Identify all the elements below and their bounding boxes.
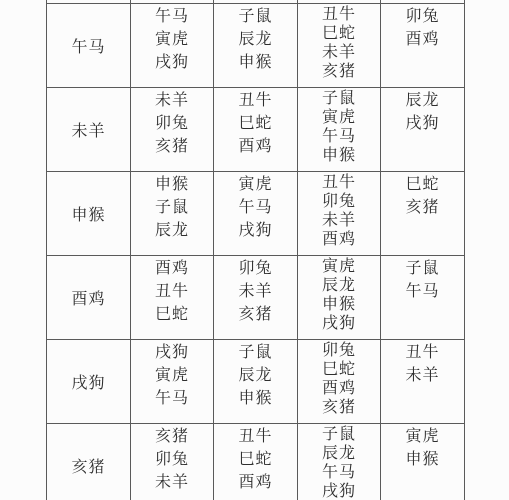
compat-cell: 未羊 卯兔 亥猪 xyxy=(131,88,214,172)
zodiac-pair: 未羊 xyxy=(381,363,464,386)
row-header-label: 未羊 xyxy=(71,121,105,140)
zodiac-pair: 卯兔 xyxy=(298,191,380,210)
compat-cell: 戌狗 寅虎 午马 xyxy=(131,340,214,424)
zodiac-pair: 卯兔 xyxy=(381,4,464,27)
row-header-label: 亥猪 xyxy=(71,457,105,476)
zodiac-pair: 申猴 xyxy=(214,386,297,409)
compat-cell: 丑牛 未羊 xyxy=(381,340,465,424)
zodiac-pair: 卯兔 xyxy=(214,256,297,279)
table-row-shenhou: 申猴 申猴 子鼠 辰龙 寅虎 午马 戌狗 丑牛 卯兔 未羊 酉鸡 巳蛇 亥猪 xyxy=(47,172,465,256)
zodiac-compatibility-table: 午马 午马 寅虎 戌狗 子鼠 辰龙 申猴 丑牛 巳蛇 未羊 亥猪 卯兔 酉鸡 xyxy=(46,0,465,500)
zodiac-pair: 亥猪 xyxy=(298,61,380,80)
zodiac-pair: 未羊 xyxy=(298,42,380,61)
zodiac-pair: 巳蛇 xyxy=(298,359,380,378)
zodiac-pair: 酉鸡 xyxy=(131,256,213,279)
compat-cell: 巳蛇 亥猪 xyxy=(381,172,465,256)
zodiac-pair: 亥猪 xyxy=(381,195,464,218)
row-header-cell: 酉鸡 xyxy=(47,256,131,340)
zodiac-table-page: 午马 午马 寅虎 戌狗 子鼠 辰龙 申猴 丑牛 巳蛇 未羊 亥猪 卯兔 酉鸡 xyxy=(0,0,509,500)
zodiac-pair: 戌狗 xyxy=(131,340,213,363)
zodiac-pair: 亥猪 xyxy=(298,397,380,416)
zodiac-pair: 酉鸡 xyxy=(214,134,297,157)
zodiac-pair: 申猴 xyxy=(214,50,297,73)
zodiac-pair: 午马 xyxy=(214,195,297,218)
table-row-haizhu: 亥猪 亥猪 卯兔 未羊 丑牛 巳蛇 酉鸡 子鼠 辰龙 午马 戌狗 寅虎 申猴 xyxy=(47,424,465,500)
compat-cell: 申猴 子鼠 辰龙 xyxy=(131,172,214,256)
table-row-wuma: 午马 午马 寅虎 戌狗 子鼠 辰龙 申猴 丑牛 巳蛇 未羊 亥猪 卯兔 酉鸡 xyxy=(47,4,465,88)
row-header-cell: 申猴 xyxy=(47,172,131,256)
zodiac-pair: 巳蛇 xyxy=(131,302,213,325)
compat-cell: 子鼠 辰龙 申猴 xyxy=(214,4,298,88)
zodiac-pair: 卯兔 xyxy=(131,111,213,134)
compat-cell: 寅虎 午马 戌狗 xyxy=(214,172,298,256)
row-header-cell: 未羊 xyxy=(47,88,131,172)
zodiac-pair: 丑牛 xyxy=(214,88,297,111)
zodiac-pair: 未羊 xyxy=(214,279,297,302)
zodiac-pair: 酉鸡 xyxy=(298,229,380,248)
zodiac-pair: 巳蛇 xyxy=(381,172,464,195)
zodiac-pair: 丑牛 xyxy=(214,424,297,447)
zodiac-pair: 戌狗 xyxy=(214,218,297,241)
row-header-cell: 亥猪 xyxy=(47,424,131,500)
row-header-label: 午马 xyxy=(71,37,105,56)
table-row-xugou: 戌狗 戌狗 寅虎 午马 子鼠 辰龙 申猴 卯兔 巳蛇 酉鸡 亥猪 丑牛 未羊 xyxy=(47,340,465,424)
zodiac-pair: 子鼠 xyxy=(214,4,297,27)
compat-cell: 寅虎 辰龙 申猴 戌狗 xyxy=(298,256,381,340)
zodiac-pair: 巳蛇 xyxy=(214,111,297,134)
table-row-weiyang: 未羊 未羊 卯兔 亥猪 丑牛 巳蛇 酉鸡 子鼠 寅虎 午马 申猴 辰龙 戌狗 xyxy=(47,88,465,172)
compat-cell: 子鼠 辰龙 午马 戌狗 xyxy=(298,424,381,500)
zodiac-pair: 辰龙 xyxy=(298,443,380,462)
zodiac-pair: 子鼠 xyxy=(298,424,380,443)
zodiac-pair: 寅虎 xyxy=(214,172,297,195)
zodiac-pair: 酉鸡 xyxy=(298,378,380,397)
zodiac-pair: 亥猪 xyxy=(131,424,213,447)
zodiac-pair: 丑牛 xyxy=(131,279,213,302)
compat-cell: 辰龙 戌狗 xyxy=(381,88,465,172)
compat-cell: 丑牛 巳蛇 未羊 亥猪 xyxy=(298,4,381,88)
zodiac-pair: 卯兔 xyxy=(298,340,380,359)
compat-cell: 亥猪 卯兔 未羊 xyxy=(131,424,214,500)
compat-cell: 寅虎 申猴 xyxy=(381,424,465,500)
compat-cell: 丑牛 巳蛇 酉鸡 xyxy=(214,424,298,500)
compat-cell: 卯兔 未羊 亥猪 xyxy=(214,256,298,340)
zodiac-pair: 申猴 xyxy=(298,145,380,164)
zodiac-pair: 辰龙 xyxy=(298,275,380,294)
zodiac-pair: 寅虎 xyxy=(298,107,380,126)
zodiac-pair: 子鼠 xyxy=(298,88,380,107)
row-header-cell: 午马 xyxy=(47,4,131,88)
compat-cell: 丑牛 卯兔 未羊 酉鸡 xyxy=(298,172,381,256)
compat-cell: 丑牛 巳蛇 酉鸡 xyxy=(214,88,298,172)
zodiac-pair: 寅虎 xyxy=(131,27,213,50)
zodiac-pair: 寅虎 xyxy=(131,363,213,386)
compat-cell: 卯兔 巳蛇 酉鸡 亥猪 xyxy=(298,340,381,424)
row-header-label: 申猴 xyxy=(71,205,105,224)
zodiac-pair: 寅虎 xyxy=(298,256,380,275)
zodiac-pair: 戌狗 xyxy=(131,50,213,73)
zodiac-pair: 辰龙 xyxy=(214,27,297,50)
compat-cell: 午马 寅虎 戌狗 xyxy=(131,4,214,88)
zodiac-pair: 午马 xyxy=(131,386,213,409)
zodiac-pair: 午马 xyxy=(131,4,213,27)
compat-cell: 酉鸡 丑牛 巳蛇 xyxy=(131,256,214,340)
zodiac-pair: 子鼠 xyxy=(381,256,464,279)
zodiac-pair: 未羊 xyxy=(131,470,213,493)
zodiac-pair: 子鼠 xyxy=(131,195,213,218)
compat-cell: 子鼠 寅虎 午马 申猴 xyxy=(298,88,381,172)
zodiac-pair: 巳蛇 xyxy=(298,23,380,42)
zodiac-pair: 寅虎 xyxy=(381,424,464,447)
zodiac-pair: 戌狗 xyxy=(298,313,380,332)
zodiac-pair: 丑牛 xyxy=(298,172,380,191)
zodiac-pair: 申猴 xyxy=(131,172,213,195)
zodiac-pair: 午马 xyxy=(298,462,380,481)
zodiac-pair: 子鼠 xyxy=(214,340,297,363)
row-header-cell: 戌狗 xyxy=(47,340,131,424)
zodiac-pair: 亥猪 xyxy=(214,302,297,325)
zodiac-pair: 未羊 xyxy=(298,210,380,229)
zodiac-pair: 戌狗 xyxy=(298,481,380,500)
compat-cell: 子鼠 午马 xyxy=(381,256,465,340)
row-header-label: 戌狗 xyxy=(71,373,105,392)
zodiac-pair: 戌狗 xyxy=(381,111,464,134)
zodiac-pair: 申猴 xyxy=(298,294,380,313)
zodiac-pair: 申猴 xyxy=(381,447,464,470)
table-row-youji: 酉鸡 酉鸡 丑牛 巳蛇 卯兔 未羊 亥猪 寅虎 辰龙 申猴 戌狗 子鼠 午马 xyxy=(47,256,465,340)
row-header-label: 酉鸡 xyxy=(71,289,105,308)
zodiac-pair: 卯兔 xyxy=(131,447,213,470)
zodiac-pair: 辰龙 xyxy=(381,88,464,111)
zodiac-pair: 巳蛇 xyxy=(214,447,297,470)
zodiac-pair: 酉鸡 xyxy=(381,27,464,50)
zodiac-pair: 未羊 xyxy=(131,88,213,111)
zodiac-pair: 午马 xyxy=(381,279,464,302)
zodiac-pair: 丑牛 xyxy=(298,4,380,23)
zodiac-pair: 辰龙 xyxy=(214,363,297,386)
zodiac-pair: 酉鸡 xyxy=(214,470,297,493)
compat-cell: 子鼠 辰龙 申猴 xyxy=(214,340,298,424)
zodiac-pair: 丑牛 xyxy=(381,340,464,363)
zodiac-pair: 辰龙 xyxy=(131,218,213,241)
zodiac-pair: 午马 xyxy=(298,126,380,145)
zodiac-pair: 亥猪 xyxy=(131,134,213,157)
compat-cell: 卯兔 酉鸡 xyxy=(381,4,465,88)
